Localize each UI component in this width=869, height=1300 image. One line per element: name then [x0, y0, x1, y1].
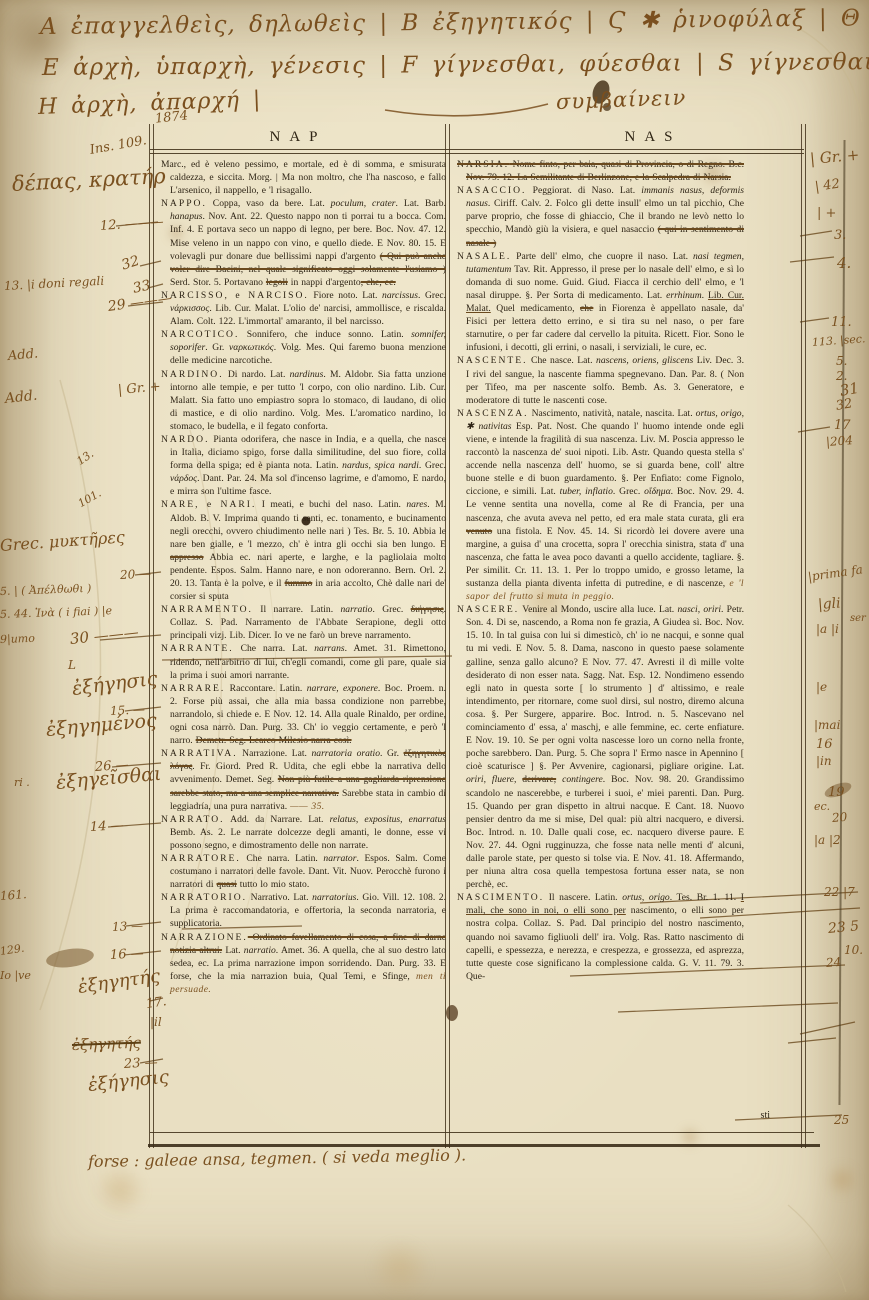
entry-text: Che nasce. Lat.	[528, 355, 597, 366]
running-head-left: NAP	[248, 129, 348, 146]
marginalia-note: |mai	[814, 718, 840, 732]
entry-latin-italic: narrator	[323, 853, 356, 864]
entry-text: . Tes. Br. 1. 11.	[670, 892, 741, 903]
dictionary-entry: NASCENZA. Nascimento, natività, natale, …	[457, 407, 744, 603]
entry-greek: νάρδος	[170, 473, 197, 484]
entry-greek: ναρκωτικός	[229, 342, 274, 353]
marginalia-note: 129.	[0, 942, 25, 958]
marginalia-note: ser	[850, 613, 866, 624]
entry-headword: NARRARE.	[161, 683, 225, 694]
entry-headword: NASCENZA.	[457, 408, 529, 419]
dictionary-entry: NARDINO. Di nardo. Lat. nardinus. M. Ald…	[161, 368, 446, 433]
dictionary-entry: NASCERE. Venire al Mondo, uscire alla lu…	[457, 603, 744, 891]
dictionary-entry: NASCIMENTO. Il nascere. Latin. ortus, or…	[457, 891, 744, 983]
marginalia-note: 32	[835, 396, 854, 414]
entry-text: Sonnifero, che induce sonno. Latin.	[239, 329, 411, 340]
entry-greek: οἴδημα	[644, 486, 671, 497]
handwritten-greek-line-1: Α ἐπαγγελθεὶς, δηλωθεὶς | Β ἐξηγητικός |…	[40, 4, 869, 40]
entry-latin-italic: ortus, origo	[622, 892, 670, 903]
entry-headword: NARRATORE.	[161, 853, 241, 864]
catchword: sti	[690, 1110, 770, 1121]
entry-text: . Boc. Nov. 98. 20. Grandissimo scandolo…	[466, 774, 744, 890]
marginalia-note: 101.	[76, 487, 104, 511]
entry-latin-italic: contingere	[556, 774, 603, 785]
entry-text: . Petr. Son. 4. Di se, nascendo, a Roma …	[466, 604, 744, 772]
dictionary-entry: NASALE. Parte dell' elmo, che cuopre il …	[457, 250, 744, 355]
dictionary-entry: NASACCIO. Peggiorat. di Naso. Lat. imman…	[457, 184, 744, 249]
entry-latin-italic: nasci, oriri	[677, 604, 721, 615]
marginalia-note: Io |ve	[0, 969, 31, 982]
entry-headword: NASALE.	[457, 251, 511, 262]
entry-struck-text: appresso	[170, 552, 204, 563]
dictionary-column-left: Marc., ed è veleno pessimo, e mortale, e…	[161, 158, 446, 1128]
entry-text: Marc., ed è veleno pessimo, e mortale, e…	[161, 159, 446, 196]
bottom-rule-2	[148, 1144, 820, 1147]
dictionary-entry: NAPPO. Coppa, vaso da bere. Lat. poculum…	[161, 197, 446, 289]
marginalia-note: 4.	[837, 254, 851, 272]
marginalia-note: 10.	[844, 943, 863, 957]
entry-latin-italic: narcissus	[382, 290, 418, 301]
running-head-right: NAS	[598, 129, 708, 146]
marginalia-note: | Gr. +	[117, 379, 161, 398]
entry-text: Raccontare. Latin.	[225, 683, 306, 694]
entry-latin-italic: nardus, spica nardi	[342, 460, 419, 471]
marginalia-note: |e	[816, 680, 827, 694]
entry-text: . Gr.	[205, 342, 229, 353]
entry-struck-text: quasi	[217, 879, 237, 890]
entry-text: . Grec.	[613, 486, 644, 497]
entry-struck-text: venuto	[466, 526, 492, 537]
handwritten-greek-line-3: Η ἀρχὴ, ἀπαρχή |	[38, 87, 262, 120]
entry-text: . Gr.	[380, 748, 404, 759]
marginalia-note: 13. |i doni regali	[4, 274, 105, 293]
entry-text: nascimento, o elli sono per nostra colpa…	[466, 905, 744, 981]
marginalia-note: 12. ———	[99, 215, 164, 234]
dictionary-entry: NARDO. Pianta odorifera, che nasce in In…	[161, 433, 446, 498]
entry-headword: NASACCIO.	[457, 185, 526, 196]
entry-headword: NARRAMENTO.	[161, 604, 253, 615]
marginalia-note: Ins. 109.	[89, 133, 148, 158]
marginalia-note: 30 ———	[69, 623, 139, 648]
entry-latin-italic: hanapus	[170, 211, 203, 222]
marginalia-note: 19	[828, 785, 845, 800]
marginalia-note: |prima fa	[807, 562, 864, 584]
entry-latin-italic: narrans	[314, 643, 344, 654]
entry-headword: NARRAZIONE.	[161, 932, 248, 943]
entry-struck-text: , che, ec.	[361, 277, 396, 288]
entry-text: in nappi d'argento	[288, 277, 361, 288]
entry-headword: NARDO.	[161, 434, 210, 445]
entry-text: . Lat. Barb.	[396, 198, 447, 209]
dictionary-entry: NARRAMENTO. Il narrare. Latin. narratio.…	[161, 603, 446, 642]
marginalia-note: Grec. μυκτῆρες	[0, 527, 125, 555]
marginalia-note: 16	[816, 737, 833, 752]
entry-struck-text: διήγησις	[411, 604, 444, 615]
entry-text: Il narrare. Latin.	[253, 604, 341, 615]
marginalia-note: 17.	[145, 994, 168, 1012]
dictionary-entry: Marc., ed è veleno pessimo, e mortale, e…	[161, 158, 446, 197]
entry-text: . Grec.	[372, 604, 410, 615]
marginalia-note: |il	[150, 1015, 162, 1029]
marginalia-note: 11.	[831, 315, 852, 330]
entry-text: Il nascere. Latin.	[544, 892, 622, 903]
entry-text: Fiore noto. Lat.	[309, 290, 382, 301]
scanned-page: Α ἐπαγγελθεὶς, δηλωθεὶς | Β ἐξηγητικός |…	[0, 0, 869, 1300]
entry-text: Serd. Stor. 5. Portavano	[170, 277, 266, 288]
entry-text: Peggiorat. di Naso. Lat.	[526, 185, 641, 196]
marginalia-note: forse : galeae ansa, tegmen. ( si veda m…	[88, 1145, 466, 1171]
marginalia-note: |204	[826, 433, 854, 449]
dictionary-entry: NARE, e NARI. I meati, e buchi del naso.…	[161, 498, 446, 603]
entry-text: . Grec.	[419, 460, 446, 471]
dictionary-entry: NARRATIVA. Narrazione. Lat. narratoria o…	[161, 747, 446, 812]
entry-latin-italic: nares	[406, 499, 427, 510]
dictionary-entry: NASCENTE. Che nasce. Lat. nascens, orien…	[457, 354, 744, 406]
entry-text: Bemb. As. 2. Le narrate dolcezze degli a…	[170, 827, 446, 851]
handwritten-greek-line-2: Ε ἀρχὴ, ὑπαρχὴ, γένεσις | F γίγνεσθαι, φ…	[42, 48, 869, 81]
marginalia-note: 14 —	[90, 818, 124, 835]
entry-headword: NARCISSO, e NARCISO.	[161, 290, 309, 301]
marginalia-note: δέπας, κρατήρ	[11, 164, 166, 196]
entry-headword: NARRANTE.	[161, 643, 234, 654]
dictionary-entry: NARRAZIONE. Ordinato favellamento di cos…	[161, 931, 446, 996]
marginalia-note: 5. 44. Ἰνὰ ( i fiai ) |e	[0, 604, 112, 621]
entry-headword: NARDINO.	[161, 369, 224, 380]
entry-headword: NARRATORIO.	[161, 892, 247, 903]
entry-latin-italic: nardinus	[290, 369, 324, 380]
entry-headword: NASCENTE.	[457, 355, 528, 366]
marginalia-note: 22 |7	[824, 885, 855, 899]
entry-headword-struck: NARSIA.	[457, 159, 509, 170]
marginalia-note: |in	[816, 754, 832, 768]
stain	[94, 1164, 146, 1216]
entry-text: . Dant. Par. 24. Ma sol d'incenso lagrim…	[170, 473, 446, 497]
marginalia-note: 13 —	[112, 918, 144, 934]
marginalia-note: | Gr. +	[809, 146, 860, 168]
marginalia-note: 161.	[0, 887, 27, 903]
entry-headword: NARRATIVA.	[161, 748, 238, 759]
marginalia-note: ec.	[814, 800, 830, 813]
entry-text: Di nardo. Lat.	[224, 369, 290, 380]
dictionary-column-right: NARSIA. Nome finto, per baia, quasi di P…	[457, 158, 744, 1128]
dictionary-entry: NARRANTE. Che narra. Lat. narrans. Amet.…	[161, 642, 446, 681]
marginalia-note: 23 5	[827, 918, 859, 937]
entry-latin-italic: errhinum	[666, 290, 702, 301]
entry-text: Che narra. Lat.	[234, 643, 315, 654]
marginalia-note: 32	[120, 253, 142, 274]
marginalia-note: 5. | ( Ἀπέλθωθι )	[0, 582, 92, 598]
marginalia-note: L	[68, 658, 76, 672]
marginalia-note: ri .	[14, 776, 30, 789]
marginalia-note: Add.	[7, 346, 38, 364]
entry-headword: NARCOTICO.	[161, 329, 239, 340]
marginalia-note: |gli	[817, 595, 841, 613]
entry-latin-italic: tuber, inflatio	[560, 486, 613, 497]
entry-headword: NAPPO.	[161, 198, 207, 209]
entry-handwritten-correction: —— 35.	[290, 801, 324, 812]
entry-latin-italic: narratorius	[312, 892, 356, 903]
page-number: 1874	[154, 108, 188, 126]
entry-latin-italic: narratio	[340, 604, 372, 615]
marginalia-note: 3.	[834, 228, 846, 243]
entry-text: Add. da Narrare. Lat.	[225, 814, 330, 825]
dictionary-entry: NARCISSO, e NARCISO. Fiore noto. Lat. na…	[161, 289, 446, 328]
entry-latin-italic: relatus, expositus, enarratus	[330, 814, 446, 825]
header-rule-2	[150, 153, 804, 154]
marginalia-note: 13.	[74, 447, 96, 468]
bottom-rule-1	[150, 1132, 814, 1133]
marginalia-note: 20	[831, 810, 847, 825]
entry-text: tutto lo mio stato.	[237, 879, 310, 890]
marginalia-note: 24	[825, 955, 841, 970]
entry-headword: NARRATO.	[161, 814, 225, 825]
marginalia-note: |a |2	[814, 833, 841, 847]
entry-struck-text: Demetr. Seg. Learco Milesio narra così.	[196, 735, 352, 746]
marginalia-note: | +	[817, 206, 836, 221]
entry-latin-italic: narratio	[244, 945, 276, 956]
entry-text: Narrazione. Lat.	[238, 748, 312, 759]
entry-headword: NASCERE.	[457, 604, 519, 615]
dictionary-entry: NARCOTICO. Sonnifero, che induce sonno. …	[161, 328, 446, 367]
entry-struck-text: che	[580, 303, 593, 314]
entry-latin-italic: nascens, oriens, gliscens	[596, 355, 693, 366]
entry-text: I meati, e buchi del naso. Latin.	[256, 499, 406, 510]
marginalia-note: | 42	[814, 177, 841, 195]
stain	[826, 1164, 858, 1196]
marginalia-note: ἐξηγητής	[72, 1034, 142, 1054]
marginalia-note: ἐξηγεῖσθαι	[55, 763, 162, 794]
entry-latin-italic: poculum, crater	[331, 198, 396, 209]
marginalia-note: ἐξηγημένος	[45, 709, 157, 741]
dictionary-entry: NARRATORE. Che narra. Latin. narrator. E…	[161, 852, 446, 891]
entry-text: Nascimento, natività, natale, nascita. L…	[529, 408, 696, 419]
entry-text: Lat.	[222, 945, 244, 956]
entry-text: . Lib. Cur. Malat. L'olio de' narcisi, a…	[170, 303, 446, 327]
frame-left-rule	[149, 124, 154, 1148]
marginalia-note: Add.	[4, 388, 38, 407]
marginalia-note: 16 —	[110, 946, 144, 963]
marginalia-note: 113. |sec.	[812, 332, 866, 349]
entry-greek: νάρκισσος	[170, 303, 209, 314]
dictionary-entry: NARRATORIO. Narrativo. Lat. narratorius.…	[161, 891, 446, 930]
marginalia-note: 17	[834, 418, 851, 433]
marginalia-note: ἐξήγησις	[71, 668, 159, 700]
marginalia-note: 9|umo	[0, 632, 35, 646]
marginalia-note: ἐξήγησις	[87, 1067, 170, 1096]
stain	[370, 1238, 430, 1298]
dictionary-entry: NARSIA. Nome finto, per baia, quasi di P…	[457, 158, 744, 184]
entry-latin-italic: narrare, exponere	[307, 683, 378, 694]
entry-struck-text: derivare,	[522, 774, 556, 785]
entry-latin-italic: narratoria oratio	[311, 748, 380, 759]
entry-text: Narrativo. Lat.	[247, 892, 312, 903]
marginalia-note: 20 —	[120, 566, 152, 582]
entry-text: Quel medicamento,	[491, 303, 580, 314]
entry-text: Parte dell' elmo, che cuopre il naso. La…	[511, 251, 693, 262]
entry-text: una fistola. E Nov. 45. 14. Si ricordò l…	[466, 526, 744, 589]
marginalia-note: 5.	[836, 354, 847, 368]
dictionary-entry: NARRATO. Add. da Narrare. Lat. relatus, …	[161, 813, 446, 852]
entry-latin-italic: oriri, fluere,	[466, 774, 522, 785]
handwritten-greek-line-2b: συμβαίνειν	[556, 85, 687, 114]
entry-headword: NARE, e NARI.	[161, 499, 256, 510]
entry-struck-text: legoli	[266, 277, 288, 288]
frame-right-rule	[801, 124, 806, 1148]
header-rule-1	[150, 149, 804, 150]
entry-struck-text: fummo	[285, 578, 313, 589]
dictionary-entry: NARRARE. Raccontare. Latin. narrare, exp…	[161, 682, 446, 747]
entry-text: Che narra. Latin.	[241, 853, 324, 864]
entry-headword: NASCIMENTO.	[457, 892, 544, 903]
entry-text: Venire al Mondo, uscire alla luce. Lat.	[519, 604, 677, 615]
entry-text: . Grec.	[418, 290, 446, 301]
marginalia-note: |a |i	[816, 622, 839, 636]
marginalia-note: 25	[834, 1113, 849, 1127]
entry-text: Coppa, vaso da bere. Lat.	[207, 198, 331, 209]
